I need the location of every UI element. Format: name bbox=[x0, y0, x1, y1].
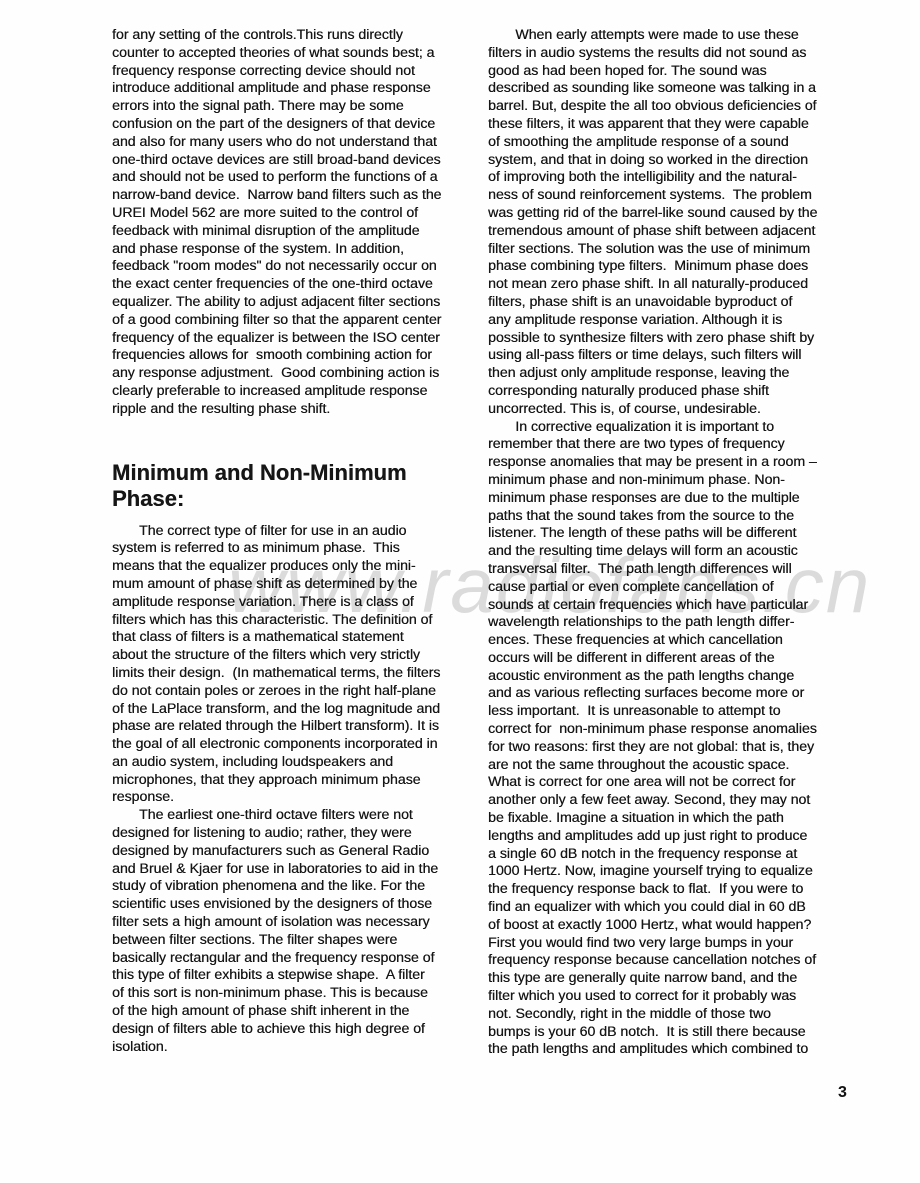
paragraph-earliest-filters: The earliest one-third octave filters we… bbox=[112, 807, 492, 1056]
section-heading-minimum-phase: Minimum and Non-Minimum Phase: bbox=[112, 460, 492, 512]
paragraph-minimum-phase-definition: The correct type of filter for use in an… bbox=[112, 523, 492, 808]
right-column: When early attempts were made to use the… bbox=[488, 27, 868, 1059]
left-column: for any setting of the controls.This run… bbox=[112, 27, 492, 1056]
page-number: 3 bbox=[838, 1084, 847, 1102]
paragraph-corrective-equalization: In corrective equalization it is importa… bbox=[488, 419, 868, 1060]
paragraph-controls-continuation: for any setting of the controls.This run… bbox=[112, 27, 492, 419]
paragraph-early-attempts: When early attempts were made to use the… bbox=[488, 27, 868, 419]
document-page: www.radiofans.cn for any setting of the … bbox=[0, 0, 920, 1183]
